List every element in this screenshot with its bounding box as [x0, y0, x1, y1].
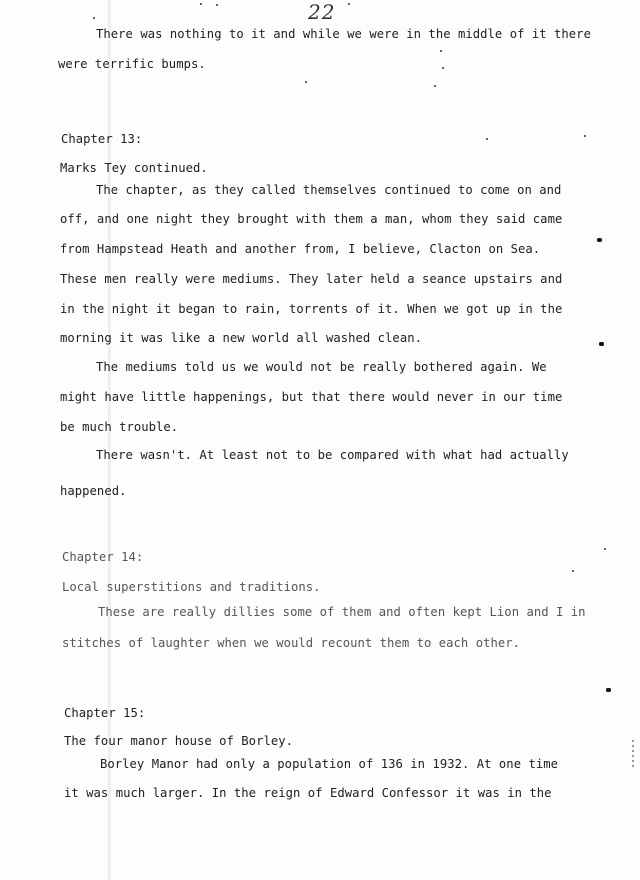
paragraph-line: Borley Manor had only a population of 13… — [100, 757, 558, 771]
chapter-13-heading: Chapter 13: — [61, 132, 142, 146]
typewritten-page: 22 There was nothing to it and while we … — [0, 0, 640, 880]
chapter-14-heading: Chapter 14: — [62, 550, 143, 564]
chapter-13-title: Marks Tey continued. — [60, 161, 208, 175]
paragraph-line: it was much larger. In the reign of Edwa… — [64, 786, 552, 800]
scan-blot — [599, 342, 604, 346]
scan-speck — [93, 17, 95, 19]
paragraph-line: happened. — [60, 484, 127, 498]
scan-blot — [606, 688, 611, 692]
paragraph-line: in the night it began to rain, torrents … — [60, 302, 562, 316]
scan-speck — [200, 3, 202, 5]
scan-speck — [305, 81, 307, 83]
paragraph-line: might have little happenings, but that t… — [60, 390, 562, 404]
scan-speck — [572, 570, 574, 572]
chapter-15-heading: Chapter 15: — [64, 706, 145, 720]
margin-scan-marks — [632, 740, 634, 770]
scan-speck — [584, 135, 586, 137]
paragraph-line: There wasn't. At least not to be compare… — [96, 448, 569, 462]
handwritten-page-number: 22 — [308, 0, 335, 24]
scan-speck — [440, 50, 442, 52]
paragraph-line: were terrific bumps. — [58, 57, 206, 71]
scan-speck — [434, 85, 436, 87]
paragraph-line: These men really were mediums. They late… — [60, 272, 562, 286]
scan-speck — [216, 4, 218, 6]
chapter-15-title: The four manor house of Borley. — [64, 734, 293, 748]
chapter-14-title: Local superstitions and traditions. — [62, 580, 321, 594]
paragraph-line: from Hampstead Heath and another from, I… — [60, 242, 540, 256]
paragraph-line: The mediums told us we would not be real… — [96, 360, 547, 374]
paragraph-line: There was nothing to it and while we wer… — [96, 27, 591, 41]
paragraph-line: The chapter, as they called themselves c… — [96, 183, 561, 197]
paragraph-line: These are really dillies some of them an… — [98, 605, 586, 619]
scan-speck — [442, 67, 444, 69]
scan-speck — [604, 548, 606, 550]
scan-blot — [597, 238, 602, 242]
scan-speck — [486, 138, 488, 140]
scan-speck — [348, 3, 350, 5]
paragraph-line: morning it was like a new world all wash… — [60, 331, 422, 345]
paragraph-line: be much trouble. — [60, 420, 178, 434]
paragraph-line: off, and one night they brought with the… — [60, 212, 562, 226]
paragraph-line: stitches of laughter when we would recou… — [62, 636, 520, 650]
